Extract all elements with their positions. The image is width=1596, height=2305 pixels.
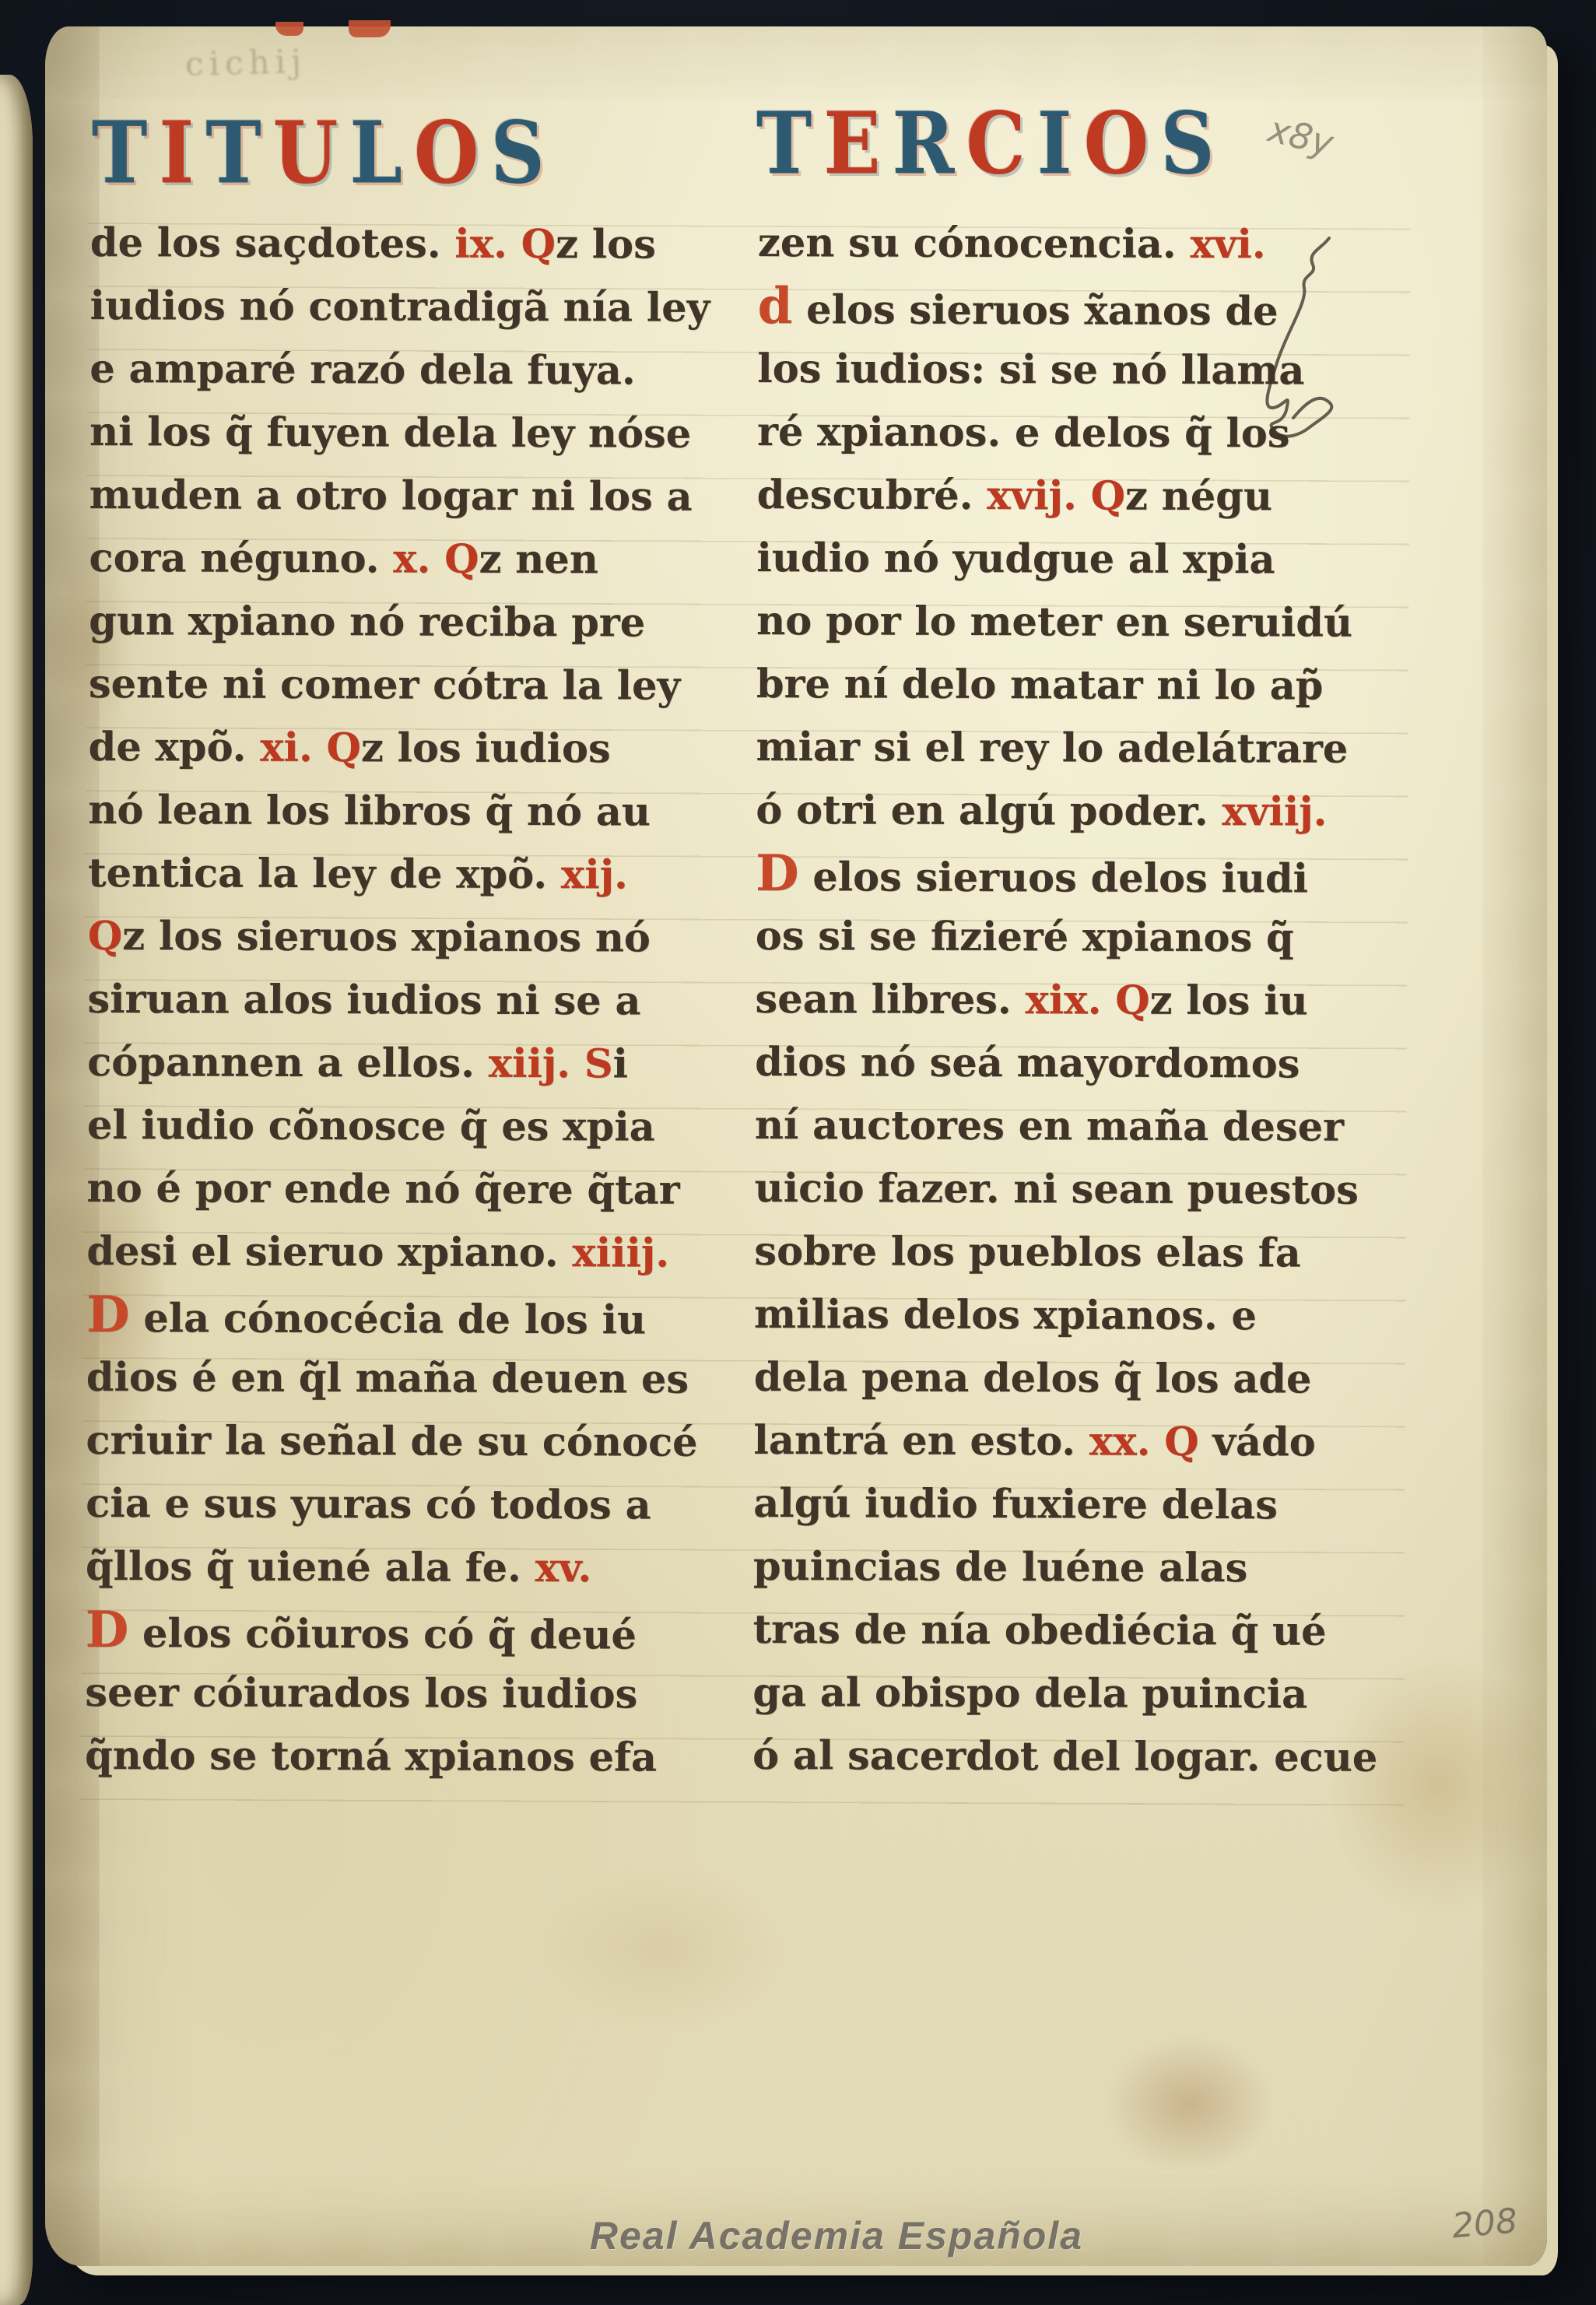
initial-capital: d <box>757 277 792 335</box>
text-segment: iudio nó yudgue al xpia <box>756 535 1275 583</box>
text-line: el iudio cõnosce q̃ es xpia <box>87 1094 707 1160</box>
display-letter: L <box>350 103 415 203</box>
text-segment: de xpõ. <box>88 724 260 771</box>
rubric-text: xvij. Q <box>987 472 1125 520</box>
text-line: sobre los pueblos elas fa <box>754 1220 1379 1286</box>
text-segment: sente ni comer cótra la ley <box>89 661 680 710</box>
text-segment: no por lo meter en seruidú <box>756 598 1352 647</box>
header-right-word: TERCIOS <box>756 100 1226 188</box>
text-segment: muden a otro logar ni los a <box>89 472 693 521</box>
text-segment: miar si el rey lo adelátrare <box>756 724 1348 773</box>
text-segment: los iudios: si se nó llama <box>757 346 1304 394</box>
text-line: tras de nía obediécia q̃ ué <box>752 1598 1377 1664</box>
text-segment: os si se fizieré xpianos q̃ <box>756 913 1294 961</box>
rubric-text: xi. Q <box>260 724 361 771</box>
text-segment: vádo <box>1198 1419 1315 1466</box>
text-line: ó al sacerdot del logar. ecue <box>752 1724 1377 1790</box>
text-segment: z los <box>556 221 656 268</box>
stain <box>1103 2034 1275 2174</box>
text-segment: desi el sieruo xpiano. <box>86 1228 572 1276</box>
text-segment: tras de nía obediécia q̃ ué <box>753 1606 1327 1655</box>
text-segment: algú iudio fuxiere delas <box>753 1480 1278 1528</box>
text-segment: milias delos xpianos. e <box>754 1291 1257 1339</box>
text-line: criuir la señal de su cónocé <box>86 1409 706 1475</box>
text-segment: q̃llos q̃ uiené ala fe. <box>86 1543 535 1591</box>
text-line: dios nó seá mayordomos <box>755 1031 1380 1096</box>
text-segment: elos sieruos delos iudi <box>798 854 1308 902</box>
text-line: ré xpianos. e delos q̃ los <box>757 401 1382 466</box>
text-segment: descubré. <box>757 472 987 519</box>
rubric-text: xv. <box>535 1545 591 1591</box>
text-line: desi el sieruo xpiano. xiiij. <box>86 1220 707 1286</box>
text-line: no por lo meter en seruidú <box>756 590 1381 655</box>
text-line: puincias de luéne alas <box>753 1535 1378 1601</box>
text-segment: gun xpiano nó reciba pre <box>89 598 645 646</box>
text-line: cópannen a ellos. xiij. Si <box>87 1031 707 1096</box>
initial-capital: D <box>756 844 799 903</box>
text-segment: dios é en q̃l maña deuen es <box>86 1354 689 1403</box>
show-through-mark: cichij <box>184 42 307 83</box>
text-segment: e amparé razó dela fuya. <box>89 346 636 394</box>
text-line: ní auctores en maña deser <box>755 1094 1380 1160</box>
facing-page-edge <box>0 75 33 2305</box>
text-line: q̃llos q̃ uiené ala fe. xv. <box>86 1535 706 1601</box>
text-line: de xpõ. xi. Qz los iudios <box>88 716 708 781</box>
column-right: zen su cónocencia. xvi.d elos sieruos x̃… <box>752 212 1383 1790</box>
text-line: dela pena delos q̃ los ade <box>754 1346 1379 1412</box>
text-segment: z los sieruos xpianos nó <box>122 913 651 961</box>
display-letter: T <box>92 103 159 203</box>
text-segment: el iudio cõnosce q̃ es xpia <box>87 1102 655 1151</box>
display-letter: O <box>414 103 491 203</box>
text-line: cora néguno. x. Qz nen <box>89 527 709 592</box>
column-left: de los saçdotes. ix. Qz losiudios nó con… <box>85 212 710 1790</box>
text-segment: ní auctores en maña deser <box>755 1102 1344 1151</box>
text-line: sente ni comer cótra la ley <box>89 653 709 718</box>
text-segment: cora néguno. <box>89 535 393 582</box>
display-letter: I <box>1037 93 1084 194</box>
text-line: los iudios: si se nó llama <box>757 338 1382 403</box>
text-segment: z nen <box>479 536 598 584</box>
text-line: de los saçdotes. ix. Qz los <box>90 212 710 277</box>
text-line: cia e sus yuras có todos a <box>86 1472 706 1538</box>
text-segment: nó lean los libros q̃ nó au <box>88 787 651 836</box>
text-line: os si se fizieré xpianos q̃ <box>756 905 1380 970</box>
initial-capital: D <box>86 1286 130 1344</box>
text-line: D elos sieruos delos iudi <box>756 842 1380 907</box>
text-line: bre ní delo matar ni lo ap̃ <box>756 653 1381 718</box>
text-segment: cópannen a ellos. <box>87 1039 489 1087</box>
text-line: dios é en q̃l maña deuen es <box>86 1346 707 1412</box>
manuscript-page: cichij x8y TITULOS TERCIOS de los saçdot… <box>45 26 1547 2266</box>
text-segment: seer cóiurados los iudios <box>85 1669 637 1717</box>
text-segment: dela pena delos q̃ los ade <box>754 1354 1312 1403</box>
display-letter: E <box>823 93 892 194</box>
folio-number: 208 <box>1450 2201 1519 2246</box>
text-line: seer cóiurados los iudios <box>85 1661 705 1727</box>
text-segment: criuir la señal de su cónocé <box>86 1417 697 1466</box>
stain <box>528 1863 792 2034</box>
header-left-word: TITULOS <box>92 109 556 197</box>
trimmed-rubric-mark <box>275 22 303 36</box>
text-line: iudios nó contradigã nía ley <box>89 275 710 340</box>
text-segment: uicio fazer. ni sean puestos <box>755 1165 1359 1214</box>
text-line: milias delos xpianos. e <box>754 1283 1379 1349</box>
text-segment: ó al sacerdot del logar. ecue <box>752 1732 1377 1781</box>
pencil-annotation: x8y <box>1265 108 1338 165</box>
rubric-text: xx. Q <box>1089 1418 1199 1465</box>
text-line: q̃ndo se torná xpianos efa <box>85 1724 705 1790</box>
rubric-text: ix. Q <box>454 221 556 268</box>
display-letter: S <box>1160 93 1226 194</box>
rubric-text: xix. Q <box>1025 977 1149 1024</box>
manuscript-photo: { "watermark": "Real Academia Española",… <box>0 0 1596 2305</box>
text-segment: ni los q̃ fuyen dela ley nóse <box>89 409 691 458</box>
text-segment: ela cónocécia de los iu <box>129 1295 646 1343</box>
text-segment: i <box>612 1040 628 1087</box>
text-segment: siruan alos iudios ni se a <box>87 976 640 1024</box>
text-segment: bre ní delo matar ni lo ap̃ <box>756 661 1324 710</box>
display-letter: U <box>273 103 350 203</box>
text-line: sean libres. xix. Qz los iu <box>755 968 1380 1033</box>
display-letter: C <box>966 93 1037 194</box>
text-segment: ré xpianos. e delos q̃ los <box>757 409 1290 457</box>
text-line: miar si el rey lo adelátrare <box>756 716 1380 781</box>
text-line: Qz los sieruos xpianos nó <box>88 905 708 970</box>
text-line: D ela cónocécia de los iu <box>86 1283 707 1349</box>
text-segment: de los saçdotes. <box>90 219 455 268</box>
text-line: e amparé razó dela fuya. <box>89 338 710 403</box>
text-segment: elos sieruos x̃anos de <box>792 286 1278 335</box>
text-line: iudio nó yudgue al xpia <box>756 527 1381 592</box>
display-letter: O <box>1084 93 1161 194</box>
text-segment: sean libres. <box>755 976 1025 1023</box>
rubric-text: Q <box>88 913 123 960</box>
text-line: gun xpiano nó reciba pre <box>89 590 709 655</box>
display-letter: I <box>159 103 205 203</box>
text-line: siruan alos iudios ni se a <box>87 968 707 1033</box>
text-line: tentica la ley de xpõ. xij. <box>88 842 708 907</box>
text-segment: cia e sus yuras có todos a <box>86 1480 651 1529</box>
text-line: D elos cõiuros có q̃ deué <box>85 1598 705 1664</box>
text-line: algú iudio fuxiere delas <box>753 1472 1378 1538</box>
text-segment: zen su cónocencia. <box>758 219 1191 268</box>
text-line: ni los q̃ fuyen dela ley nóse <box>89 401 710 466</box>
text-line: nó lean los libros q̃ nó au <box>88 779 708 844</box>
text-segment: q̃ndo se torná xpianos efa <box>85 1732 657 1781</box>
text-segment: elos cõiuros có q̃ deué <box>128 1610 637 1658</box>
text-segment: iudios nó contradigã nía ley <box>89 282 710 332</box>
rubric-text: xvi. <box>1190 221 1265 268</box>
text-segment: dios nó seá mayordomos <box>755 1039 1300 1087</box>
text-line: ga al obispo dela puincia <box>752 1661 1377 1727</box>
display-letter: T <box>756 93 823 194</box>
text-segment: ó otri en algú poder. <box>756 787 1222 835</box>
text-segment: ga al obispo dela puincia <box>752 1669 1307 1717</box>
text-segment: z los iu <box>1149 977 1307 1025</box>
text-line: descubré. xvij. Qz négu <box>757 464 1382 529</box>
text-line: zen su cónocencia. xvi. <box>758 212 1383 277</box>
text-segment: z négu <box>1125 473 1272 521</box>
display-letter: S <box>491 103 556 203</box>
rubric-text: xiij. S <box>489 1040 613 1088</box>
rubric-text: x. Q <box>393 535 479 582</box>
rubric-text: xij. <box>561 851 628 898</box>
display-letter: T <box>205 103 272 203</box>
text-line: ó otri en algú poder. xviij. <box>756 779 1380 844</box>
trimmed-rubric-mark <box>349 20 391 37</box>
text-segment: sobre los pueblos elas fa <box>754 1228 1301 1276</box>
rubric-text: xiiij. <box>572 1230 669 1276</box>
watermark-text: Real Academia Española <box>590 2213 1083 2258</box>
text-segment: tentica la ley de xpõ. <box>88 850 561 898</box>
text-segment: no é por ende nó q̃ere q̃tar <box>87 1165 680 1214</box>
text-line: no é por ende nó q̃ere q̃tar <box>86 1157 707 1223</box>
display-letter: R <box>893 93 966 194</box>
text-line: lantrá en esto. xx. Q vádo <box>753 1409 1378 1475</box>
text-line: uicio fazer. ni sean puestos <box>754 1157 1379 1223</box>
text-line: d elos sieruos x̃anos de <box>757 275 1382 340</box>
text-line: muden a otro logar ni los a <box>89 464 710 529</box>
text-segment: lantrá en esto. <box>753 1417 1089 1465</box>
text-segment: z los iudios <box>361 724 611 772</box>
rubric-text: xviij. <box>1222 788 1327 835</box>
text-segment: puincias de luéne alas <box>753 1543 1248 1591</box>
initial-capital: D <box>86 1601 129 1659</box>
